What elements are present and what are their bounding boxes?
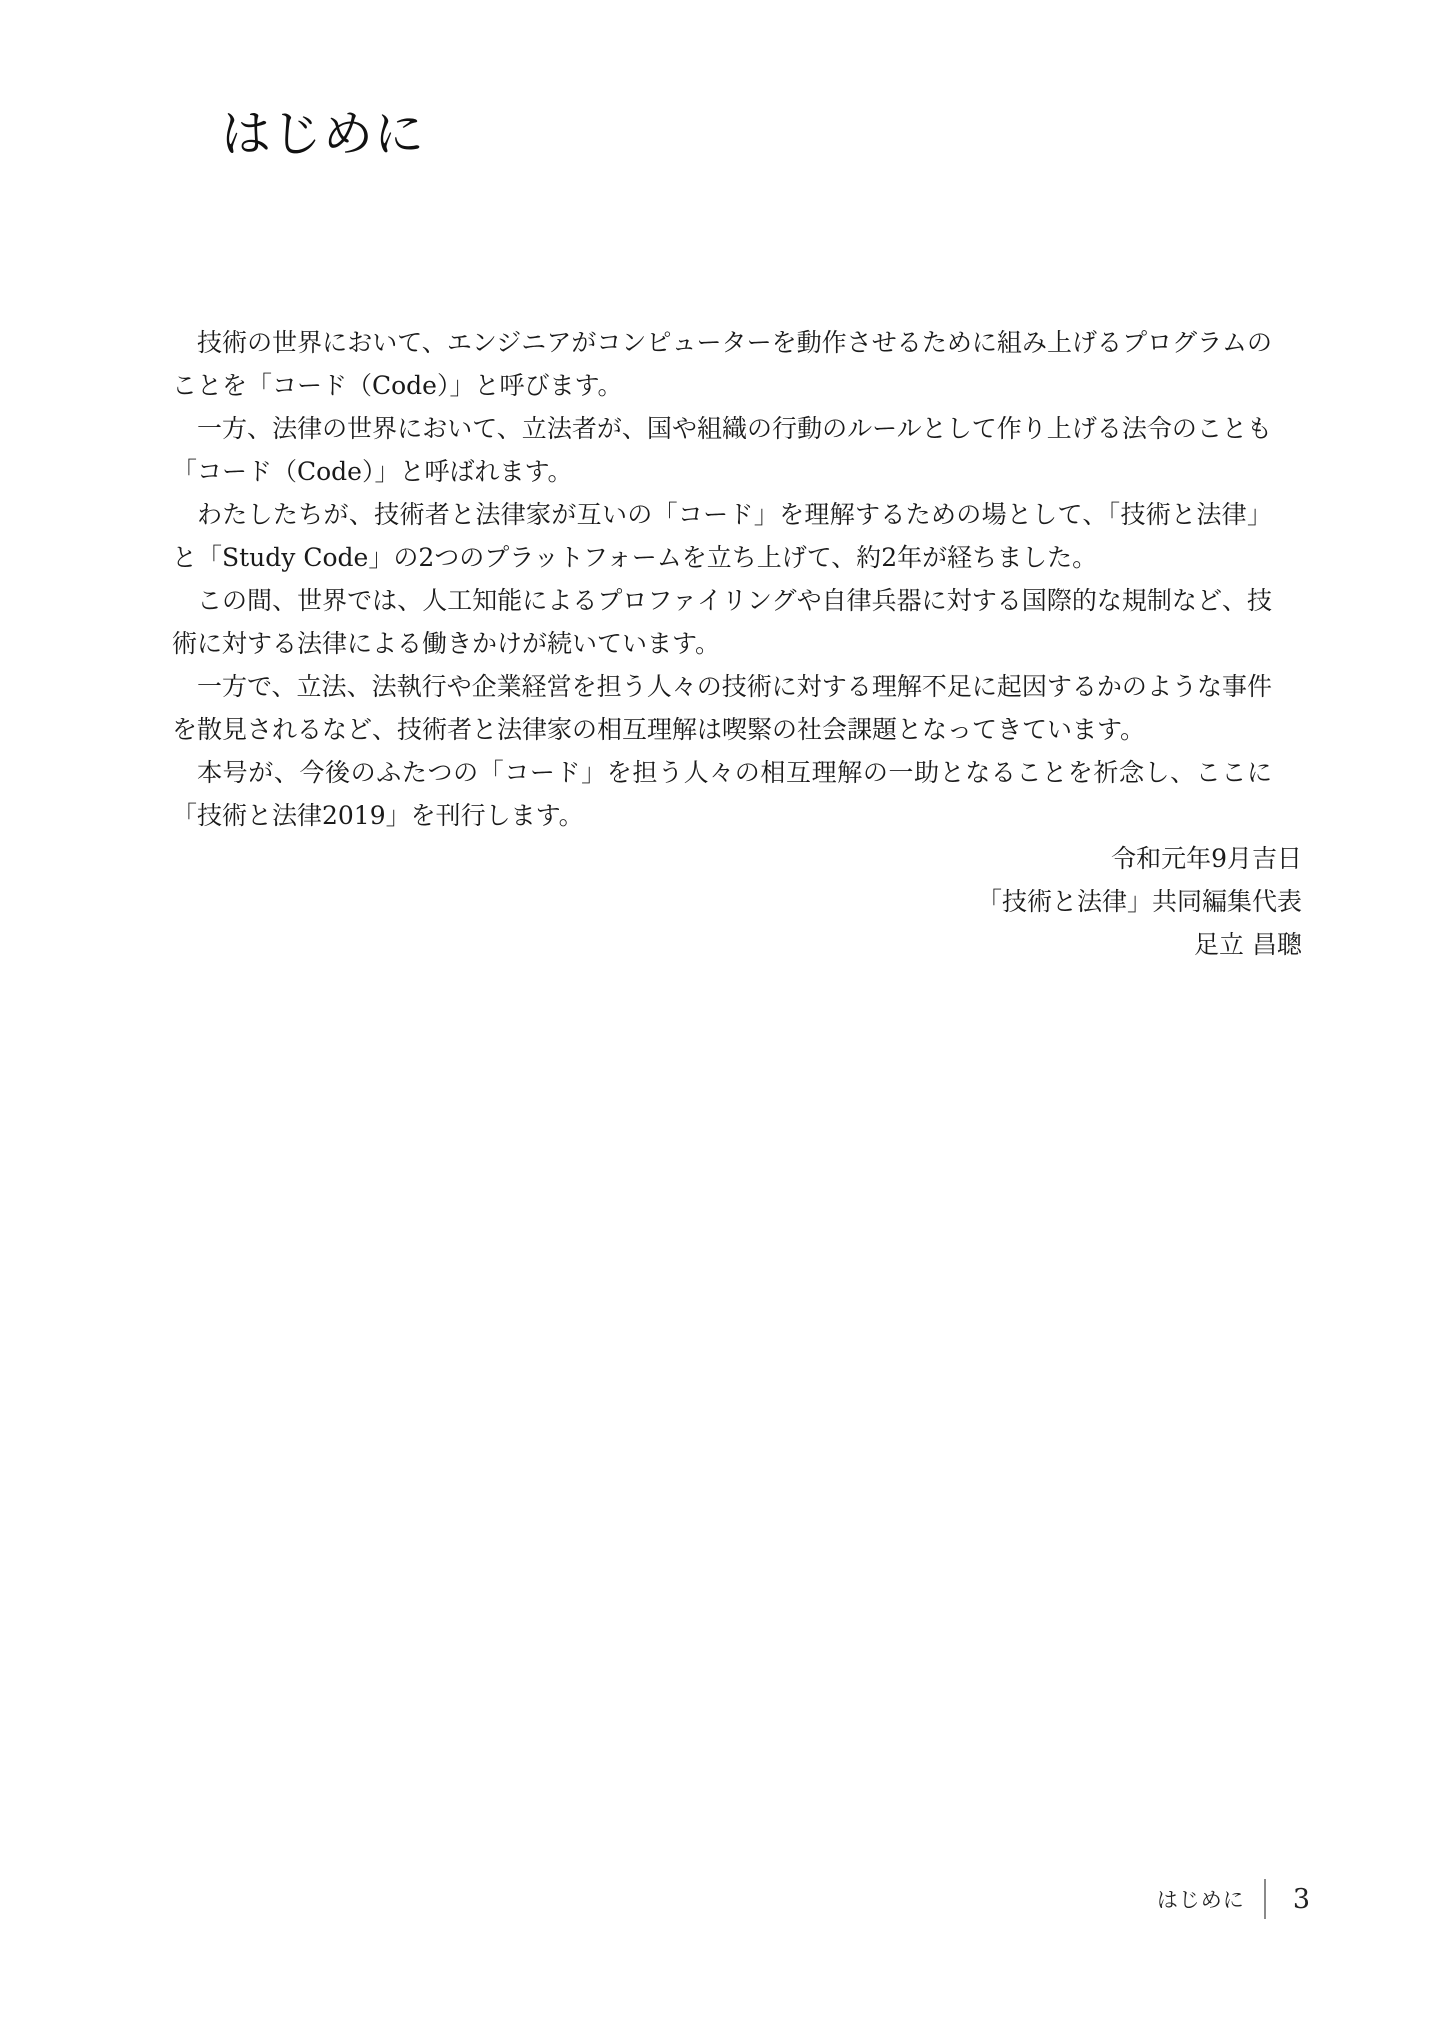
signature-role: 「技術と法律」共同編集代表 <box>172 880 1302 923</box>
document-page: はじめに 技術の世界において、エンジニアがコンピューターを動作させるために組み上… <box>0 0 1433 2024</box>
paragraph-2: 一方、法律の世界において、立法者が、国や組織の行動のルールとして作り上げる法令の… <box>172 407 1272 493</box>
footer-page-number: 3 <box>1293 1884 1310 1915</box>
footer-divider <box>1264 1879 1266 1919</box>
paragraph-6: 本号が、今後のふたつの「コード」を担う人々の相互理解の一助となることを祈念し、こ… <box>172 751 1272 837</box>
paragraph-1: 技術の世界において、エンジニアがコンピューターを動作させるために組み上げるプログ… <box>172 321 1272 407</box>
footer-section-label: はじめに <box>1157 1884 1245 1914</box>
page-title: はじめに <box>221 94 425 166</box>
page-footer: はじめに 3 <box>1157 1879 1310 1919</box>
paragraph-4: この間、世界では、人工知能によるプロファイリングや自律兵器に対する国際的な規制な… <box>172 579 1272 665</box>
signature-block: 令和元年9月吉日 「技術と法律」共同編集代表 足立 昌聰 <box>172 837 1302 966</box>
paragraph-3: わたしたちが、技術者と法律家が互いの「コード」を理解するための場として、「技術と… <box>172 493 1272 579</box>
signature-date: 令和元年9月吉日 <box>172 837 1302 880</box>
paragraph-5: 一方で、立法、法執行や企業経営を担う人々の技術に対する理解不足に起因するかのよう… <box>172 665 1272 751</box>
preface-body: 技術の世界において、エンジニアがコンピューターを動作させるために組み上げるプログ… <box>172 321 1272 966</box>
signature-name: 足立 昌聰 <box>172 923 1302 966</box>
